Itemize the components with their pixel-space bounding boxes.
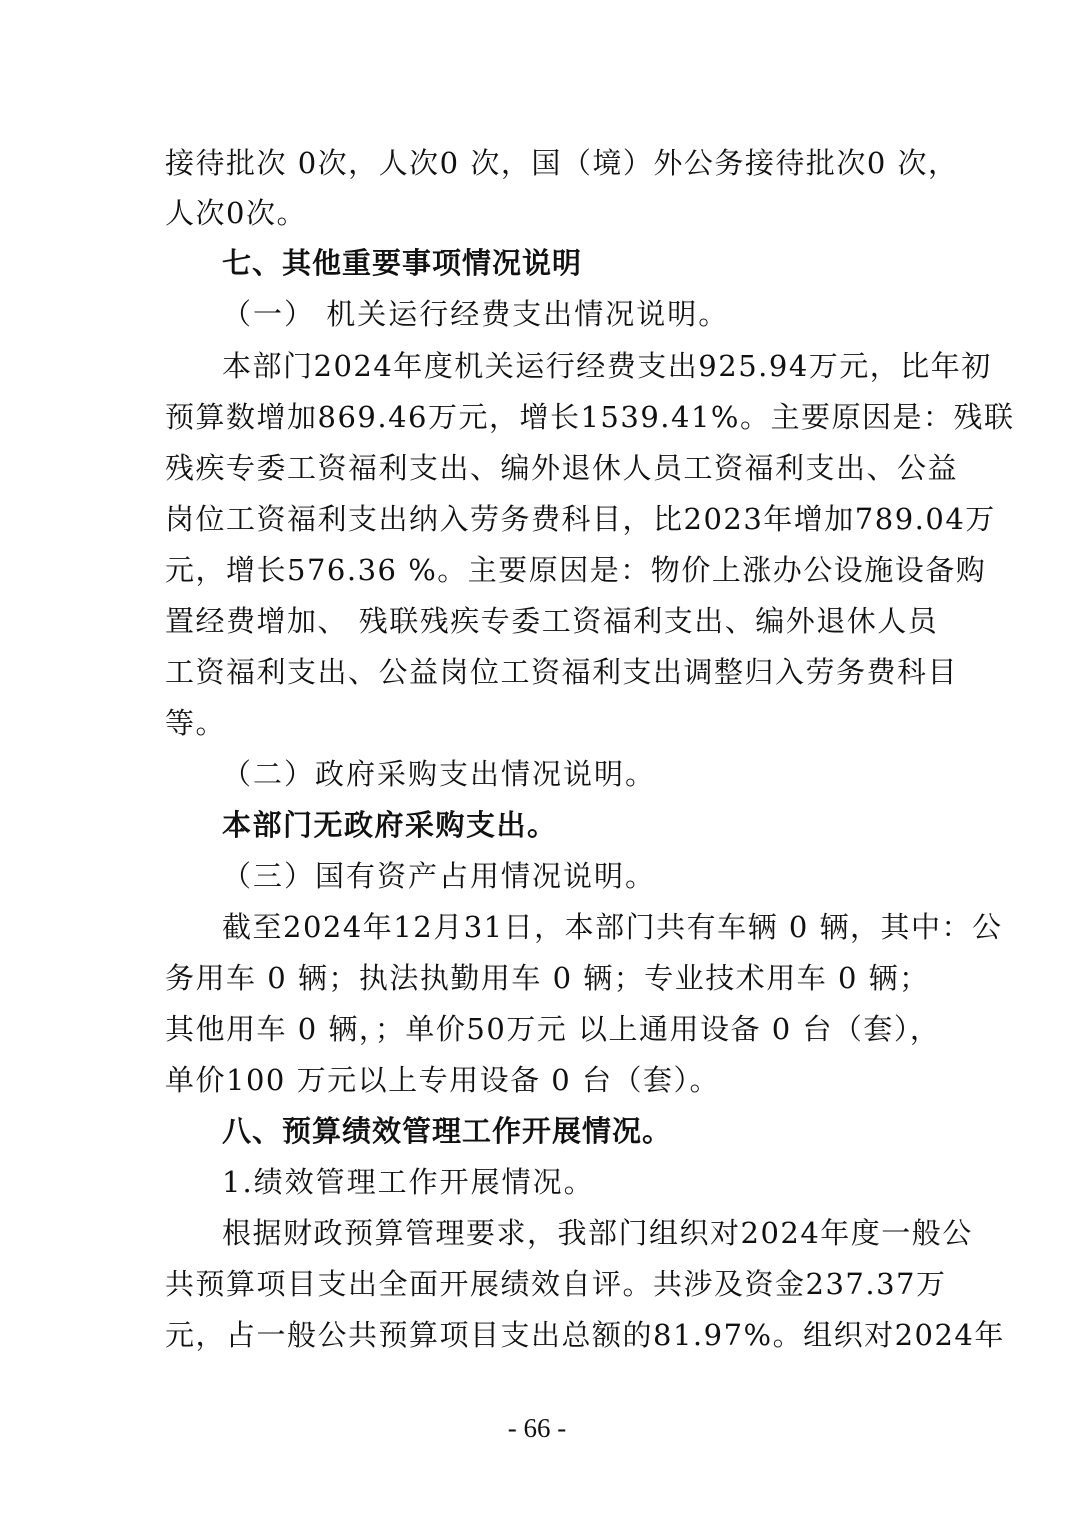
subsection-heading-8-1: 1.绩效管理工作开展情况。 bbox=[222, 1164, 913, 1200]
paragraph-line: 其他用车 0 辆，；单价50万元 以上通用设备 0 台（套）， bbox=[165, 1011, 913, 1047]
section-heading-7: 七、其他重要事项情况说明 bbox=[222, 245, 913, 281]
paragraph-line-bold: 本部门无政府采购支出。 bbox=[222, 807, 913, 843]
page-number: - 66 - bbox=[0, 1413, 1074, 1444]
document-page: 接待批次 0次，人次0 次，国（境）外公务接待批次0 次， 人次0次。 七、其他… bbox=[0, 0, 1074, 1520]
paragraph-line: 根据财政预算管理要求，我部门组织对2024年度一般公 bbox=[222, 1215, 913, 1251]
paragraph-line: 工资福利支出、公益岗位工资福利支出调整归入劳务费科目 bbox=[165, 654, 913, 690]
paragraph-line: 人次0次。 bbox=[165, 195, 913, 231]
paragraph-line: 置经费增加、 残联残疾专委工资福利支出、编外退休人员 bbox=[165, 603, 913, 639]
paragraph-line: 接待批次 0次，人次0 次，国（境）外公务接待批次0 次， bbox=[165, 145, 913, 181]
paragraph-line: 本部门2024年度机关运行经费支出925.94万元，比年初 bbox=[222, 348, 913, 384]
subsection-heading-2: （二）政府采购支出情况说明。 bbox=[222, 756, 913, 792]
paragraph-line: 等。 bbox=[165, 705, 913, 741]
paragraph-line: 截至2024年12月31日，本部门共有车辆 0 辆，其中：公 bbox=[222, 909, 913, 945]
paragraph-line: 预算数增加869.46万元，增长1539.41%。主要原因是：残联 bbox=[165, 399, 913, 435]
paragraph-line: 元，占一般公共预算项目支出总额的81.97%。组织对2024年 bbox=[165, 1317, 913, 1353]
paragraph-line: 元，增长576.36 %。主要原因是：物价上涨办公设施设备购 bbox=[165, 552, 913, 588]
paragraph-line: 单价100 万元以上专用设备 0 台（套）。 bbox=[165, 1062, 913, 1098]
paragraph-line: 务用车 0 辆；执法执勤用车 0 辆；专业技术用车 0 辆； bbox=[165, 960, 913, 996]
paragraph-line: 残疾专委工资福利支出、编外退休人员工资福利支出、公益 bbox=[165, 450, 913, 486]
section-heading-8: 八、预算绩效管理工作开展情况。 bbox=[222, 1113, 913, 1149]
paragraph-line: 岗位工资福利支出纳入劳务费科目，比2023年增加789.04万 bbox=[165, 501, 913, 537]
subsection-heading-3: （三）国有资产占用情况说明。 bbox=[222, 858, 913, 894]
paragraph-line: 共预算项目支出全面开展绩效自评。共涉及资金237.37万 bbox=[165, 1266, 913, 1302]
subsection-heading-1: （一） 机关运行经费支出情况说明。 bbox=[222, 296, 913, 332]
